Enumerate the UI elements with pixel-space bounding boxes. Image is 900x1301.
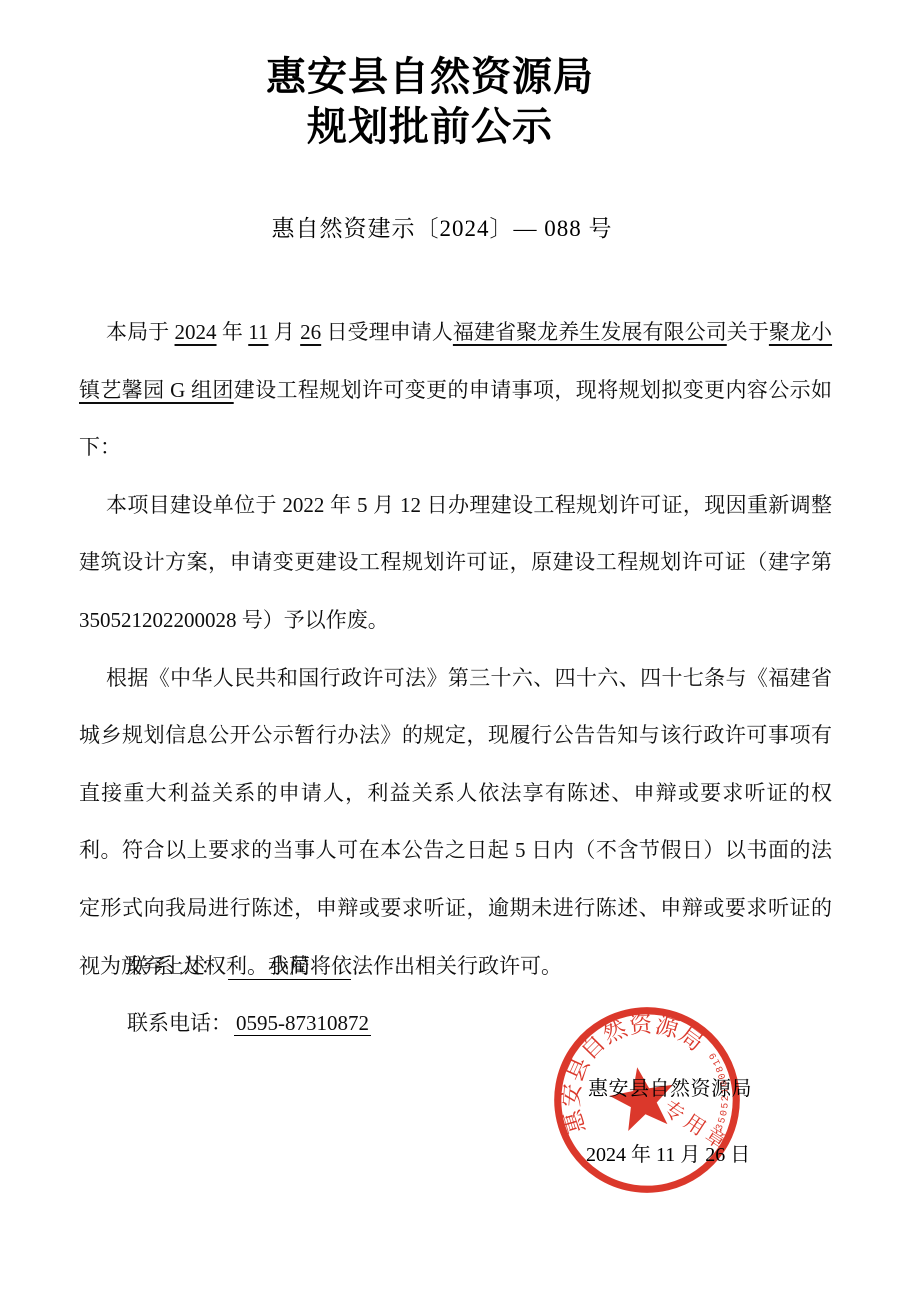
contact-person-line: 联 系 人：小蔺 <box>127 950 351 980</box>
contact-person-value: 小蔺 <box>228 953 351 980</box>
document-number: 惠自然资建示〔2024〕— 088 号 <box>0 212 884 246</box>
plain-text: 日受理申请人 <box>321 320 453 344</box>
plain-text: 本局于 <box>106 320 175 344</box>
notice-page: 惠安县自然资源局 规划批前公示 惠自然资建示〔2024〕— 088 号 本局于 … <box>0 0 900 1301</box>
underlined-text: 2024 <box>175 320 217 344</box>
plain-text: 月 <box>268 320 300 344</box>
contact-person-label: 联 系 人： <box>127 954 222 978</box>
contact-phone-value: 0595-87310872 <box>234 1011 371 1036</box>
paragraph-permit-change: 本项目建设单位于 2022 年 5 月 12 日办理建设工程规划许可证，现因重新… <box>79 477 832 650</box>
paragraph-acceptance: 本局于 2024 年 11 月 26 日受理申请人福建省聚龙养生发展有限公司关于… <box>79 304 832 477</box>
page-title: 惠安县自然资源局 规划批前公示 <box>0 52 860 152</box>
signature-organization: 惠安县自然资源局 <box>588 1072 752 1101</box>
plain-text: 本项目建设单位于 2022 年 5 月 12 日办理建设工程规划许可证，现因重新… <box>79 493 832 632</box>
notice-body: 本局于 2024 年 11 月 26 日受理申请人福建省聚龙养生发展有限公司关于… <box>79 304 832 995</box>
paragraph-legal-basis: 根据《中华人民共和国行政许可法》第三十六、四十六、四十七条与《福建省城乡规划信息… <box>79 650 832 996</box>
plain-text: 根据《中华人民共和国行政许可法》第三十六、四十六、四十七条与《福建省城乡规划信息… <box>79 666 832 978</box>
title-line-1: 惠安县自然资源局 <box>0 52 860 102</box>
contact-phone-label: 联系电话： <box>127 1011 232 1035</box>
underlined-text: 26 <box>300 320 321 344</box>
plain-text: 关于 <box>727 320 769 344</box>
underlined-text: 福建省聚龙养生发展有限公司 <box>453 320 727 344</box>
title-line-2: 规划批前公示 <box>0 102 860 152</box>
contact-phone-line: 联系电话：0595-87310872 <box>127 1007 371 1037</box>
plain-text: 年 <box>217 320 249 344</box>
underlined-text: 11 <box>248 320 268 344</box>
signature-date: 2024 年 11 月 26 日 <box>586 1138 750 1167</box>
